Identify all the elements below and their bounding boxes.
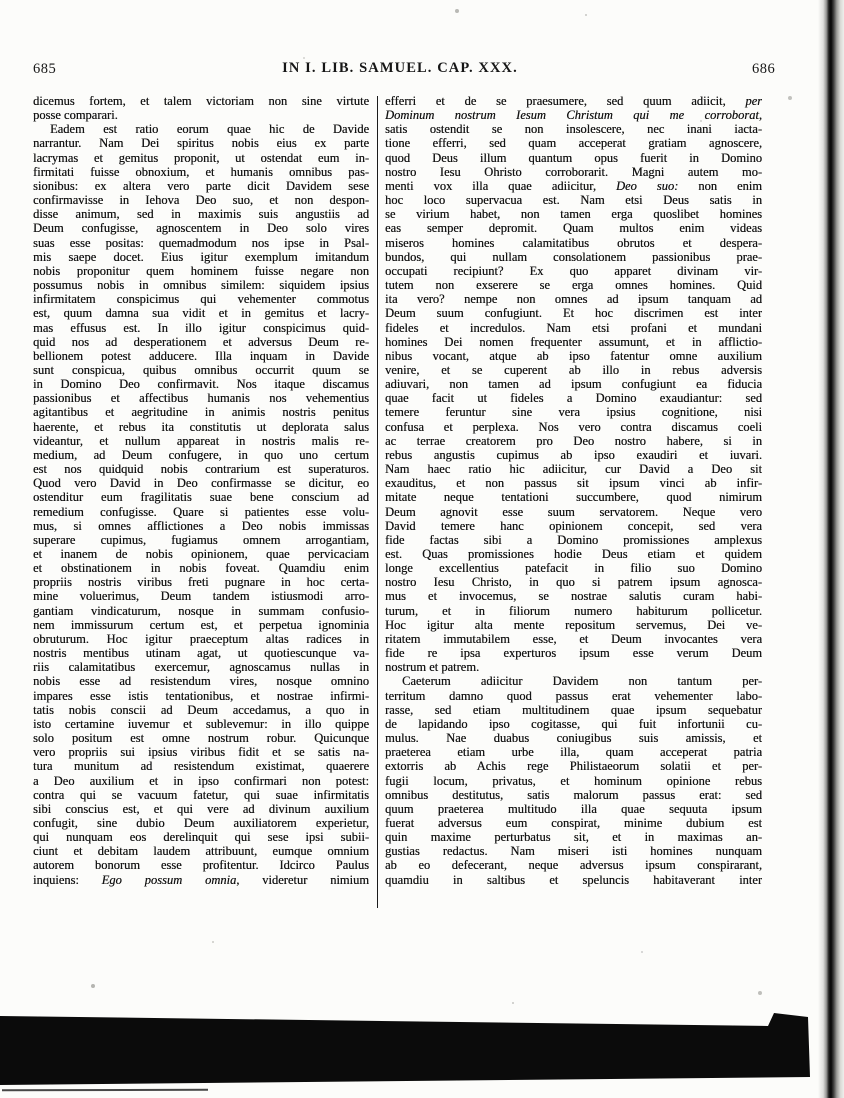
text-line: tatis nobis conscii ad Deum accedamus, a… [33,703,369,717]
text-line: de lapidando ipso cogitasse, qui fuit in… [385,717,762,731]
text-line: nostro Iesu Ohristo corroborarit. Magni … [385,165,762,179]
text-line: solo positum est omne nostrum robur. Qui… [33,731,369,745]
text-line: vero propriis sui ipsius viribus fidit e… [33,745,369,759]
text-line: nem immissurum certum est, et perpetua i… [33,618,369,632]
text-line: remedium confugisse. Quare si patientes … [33,505,369,519]
text-line: inquiens: Ego possum omnia, videretur ni… [33,873,369,887]
column-divider-rule [377,96,378,908]
text-line: fideles et incredulos. Nam etsi profani … [385,321,762,335]
text-line: exauditus, et non passus sit ipsum vinci… [385,476,762,490]
scan-artifact-line [2,1089,208,1092]
text-line: ab eo defecerant, neque adversus ipsum c… [385,858,762,872]
text-line: tutem non exserere se erga omnes homines… [385,278,762,292]
text-line: gantiam vindicaturum, nosque in summam c… [33,604,369,618]
text-line: mitate neque tentationi succumbere, quod… [385,490,762,504]
text-line: est, quum damna sua vidit et in gemitus … [33,306,369,320]
text-line: fide factas sibi a Domino promissiones a… [385,533,762,547]
text-line: praeterea etiam urbe illa, quam accepera… [385,745,762,759]
text-line: firmitati fuisse obnoxium, et humanis om… [33,165,369,179]
text-line: nibus vocant, atque ab ipso fatentur omn… [385,349,762,363]
text-line: infirmitatem conspicimus qui vehementer … [33,292,369,306]
text-line: agitantibus et aegritudine in animis nos… [33,405,369,419]
text-line: temere feruntur sine vera ipsius cogniti… [385,405,762,419]
text-line: nobis proponitur quem hominem fuisse neg… [33,264,369,278]
text-line: Quod vero David in Deo confirmasse se di… [33,476,369,490]
text-line: omnibus destitutus, satis malorum passus… [385,788,762,802]
scanned-book-page: 685 IN I. LIB. SAMUEL. CAP. XXX. 686 dic… [0,0,844,1098]
text-line: isto certamine iuvemur et sublevemur: in… [33,717,369,731]
text-line: quum praeterea multitudo illa quae sequu… [385,802,762,816]
text-line: sunt conspicua, quibus omnibus occurrit … [33,363,369,377]
text-line: efferri et de se praesumere, sed quum ad… [385,94,762,108]
text-line: mulus. Nae duabus coniugibus suis amissi… [385,731,762,745]
text-line: passionibus et affectibus humanis nos ve… [33,391,369,405]
text-line: turum, et in filiorum numero habiturum p… [385,604,762,618]
text-line: satis ostendit se non insolescere, nec i… [385,122,762,136]
text-line: disse animum, sed in maximis suis angust… [33,207,369,221]
text-line: nobis esse ad resistendum vires, nosque … [33,674,369,688]
text-line: in Domino Deo confirmavit. Nos itaque di… [33,377,369,391]
text-line: a Deo auxilium et in ipso confirmari non… [33,774,369,788]
text-line: bellionem potest adducere. Illa inquam i… [33,349,369,363]
text-line: propriis nostris viribus freti pugnare i… [33,575,369,589]
text-line: hoc loco supervacua est. Nam etsi Deus s… [385,193,762,207]
text-line: possumus nobis in omnibus similem: siqui… [33,278,369,292]
text-line: Hoc igitur alta mente repositum servemus… [385,618,762,632]
text-line: rasse, sed etiam multitudinem quae ipsum… [385,703,762,717]
text-line: riis calamitatibus exercemur, agnoscamus… [33,660,369,674]
text-line: medium, ad Deum confugere, in quo uno ce… [33,448,369,462]
text-line: est. Quas promissiones hodie Deus etiam … [385,547,762,561]
text-line: Dominum nostrum Iesum Christum qui me co… [385,108,762,122]
text-line: ciunt et debitam laudem attribuunt, eumq… [33,844,369,858]
paper-speckles [0,0,2,2]
text-column-right: efferri et de se praesumere, sed quum ad… [385,94,762,887]
text-line: gustias redactus. Nam miseri isti homine… [385,844,762,858]
text-line: et inanem de nobis opinionem, quae pervi… [33,547,369,561]
text-line: est nos quidquid nobis contrarium est su… [33,462,369,476]
text-line: extorris ab Achis rege Philistaeorum sol… [385,759,762,773]
text-line: Deum confugisse, agnoscentem in Deo solo… [33,221,369,235]
text-line: bundos, qui nullam consolationem passion… [385,250,762,264]
running-header-title: IN I. LIB. SAMUEL. CAP. XXX. [0,60,800,77]
text-line: quod Deus illum quantum opus fuerit in D… [385,151,762,165]
text-line: quae facit ut fideles a Domino exaudiant… [385,391,762,405]
text-line: haerente, et rebus ita constitutis ut de… [33,420,369,434]
text-line: quin maxime perturbatus sit, et in maxim… [385,830,762,844]
text-line: Caeterum adiicitur Davidem non tantum pe… [385,674,762,688]
text-line: sionibus: ex altera vero parte dicit Dav… [33,179,369,193]
text-line: venire, et se cuperent ab illo in rebus … [385,363,762,377]
text-line: obruturum. Hoc igitur praeceptum altas r… [33,632,369,646]
text-line: mis saepe docet. Eius igitur exemplum im… [33,250,369,264]
text-line: impares esse istis tentationibus, et nos… [33,689,369,703]
text-line: superare cupimus, fugiamus omnem arrogan… [33,533,369,547]
scan-artifact-black-bar [0,1011,812,1089]
text-line: quid nos ad desperationem et adversus De… [33,335,369,349]
text-line: nostro Iesu Christo, in quo si patrem ip… [385,575,762,589]
text-line: suas esse positas: quemadmodum nos ipse … [33,236,369,250]
text-column-left: dicemus fortem, et talem victoriam non s… [33,94,369,887]
text-line: mine voluerimus, Deum tandem istiusmodi … [33,589,369,603]
text-line: et obstinationem in nobis foveat. Quamdi… [33,561,369,575]
text-line: Deum agnovit esse suum servatorem. Neque… [385,505,762,519]
text-line: mus et invocemus, se nostrae salutis cur… [385,589,762,603]
page-number-right: 686 [752,61,775,78]
text-line: fuerat adversus eum conspirat, minime du… [385,816,762,830]
text-line: homines Dei nomen frequenter assumunt, e… [385,335,762,349]
text-line: adiuvari, non tamen ad ipsum confugiunt … [385,377,762,391]
text-line: ac terrae creatorem pro Deo nostro haber… [385,434,762,448]
text-line: fugii locum, privatus, et hominum opinio… [385,774,762,788]
text-line: mas effusus est. In illo igitur conspici… [33,321,369,335]
text-line: tione efferri, sed quam acceperat gratia… [385,136,762,150]
text-line: Eadem est ratio eorum quae hic de Davide [33,122,369,136]
text-line: quamdiu in saltibus et speluncis habitav… [385,873,762,887]
text-line: miseros homines calamitatibus obrutos et… [385,236,762,250]
text-line: confugit, sine dubio Deum auxiliatorem e… [33,816,369,830]
text-line: ostenditur eum fragilitatis suae bene co… [33,490,369,504]
text-line: longe excellentius patefacit in filio su… [385,561,762,575]
text-line: menti vox illa quae adiicitur, Deo suo: … [385,179,762,193]
text-line: David temere hanc opinionem concepit, se… [385,519,762,533]
text-line: narrantur. Nam Dei spiritus nobis eius e… [33,136,369,150]
text-line: Nam haec ratio hic adiicitur, cur David … [385,462,762,476]
text-line: nostris mentibus utinam agat, ut quoties… [33,646,369,660]
text-line: autorem bonorum esse profitentur. Idcirc… [33,858,369,872]
text-line: fide re ipsa experturos ipsum esse verum… [385,646,762,660]
book-binding-edge [818,0,844,1098]
text-line: videantur, et nullum appareat in nostris… [33,434,369,448]
text-line: lacrymas et gemitus proponit, ut ostenda… [33,151,369,165]
text-line: se virium habet, non tamen erga quoslibe… [385,207,762,221]
text-line: qui nunquam eos derelinquit qui sese ips… [33,830,369,844]
text-line: dicemus fortem, et talem victoriam non s… [33,94,369,108]
text-line: eas semper depromit. Quam multos enim vi… [385,221,762,235]
text-line: posse comparari. [33,108,369,122]
text-line: mus, si omnes afflictiones a Deo nobis i… [33,519,369,533]
text-line: territum damno quod passus erat vehement… [385,689,762,703]
text-line: Deum suum confugiunt. Et hoc discrimen e… [385,306,762,320]
text-line: ita vero? nempe non omnes ad ipsum tanqu… [385,292,762,306]
text-line: confirmavisse in Iehova Deo suo, et non … [33,193,369,207]
text-line: rebus angustis cupimus ab ipso exaudiri … [385,448,762,462]
text-line: tura munitum ad resistendum existimat, q… [33,759,369,773]
text-line: contra qui se vacuum fatetur, qui suae i… [33,788,369,802]
text-line: sibi conscius est, et qui vere ad divinu… [33,802,369,816]
text-line: occupati recipiunt? Ex quo apparet divin… [385,264,762,278]
text-line: nostrum et patrem. [385,660,762,674]
text-line: ritatem immutabilem esse, et Deum invoca… [385,632,762,646]
text-line: confusa et perplexa. Nos vero contra dis… [385,420,762,434]
